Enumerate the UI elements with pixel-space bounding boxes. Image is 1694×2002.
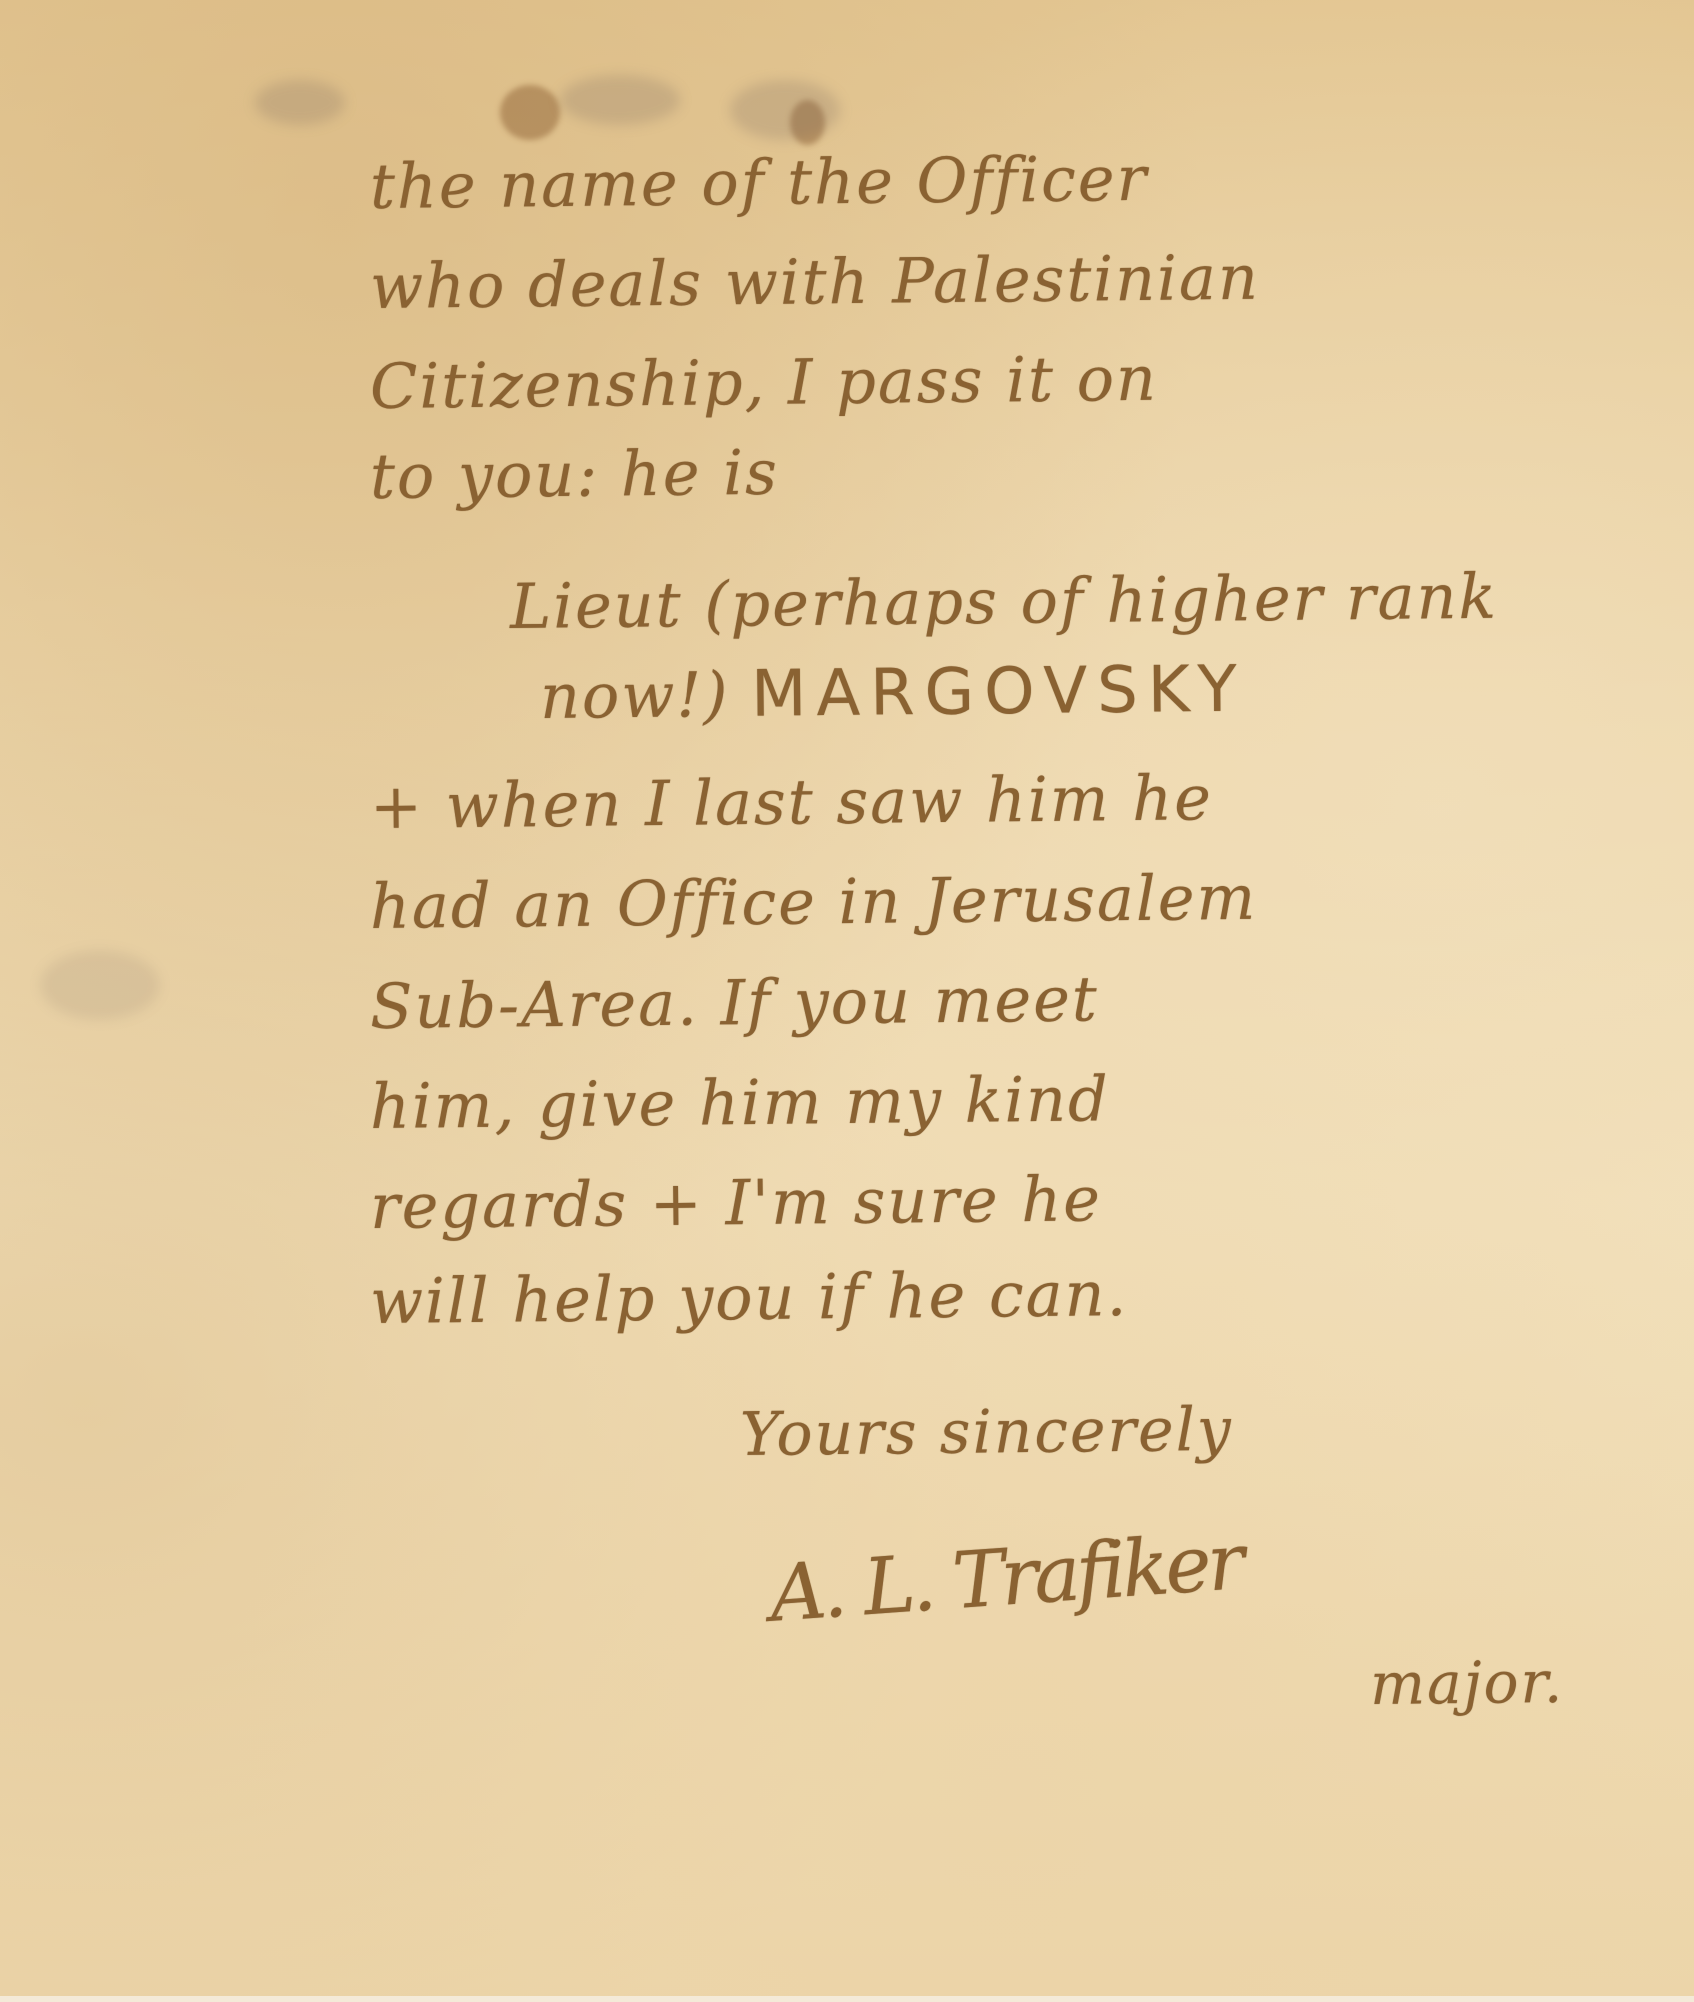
letter-line: Lieut (perhaps of higher rank xyxy=(510,560,1499,643)
letter-line: + when I last saw him he xyxy=(370,761,1214,843)
ink-smudge xyxy=(255,80,345,125)
letter-line: him, give him my kind xyxy=(370,1062,1110,1143)
paper-edge xyxy=(0,1996,1694,2002)
ink-blot xyxy=(500,85,560,140)
letter-closing: Yours sincerely xyxy=(740,1395,1233,1470)
letter-line: Citizenship, I pass it on xyxy=(370,342,1159,423)
ink-smudge xyxy=(730,80,840,140)
letter-line: to you: he is xyxy=(370,436,780,513)
signer-rank: major. xyxy=(1370,1648,1565,1718)
letter-line: regards + I'm sure he xyxy=(370,1162,1103,1243)
ink-smudge xyxy=(560,75,680,125)
letter-line: Sub-Area. If you meet xyxy=(370,962,1099,1043)
officer-name: MARGOVSKY xyxy=(751,653,1247,732)
letter-line: the name of the Officer xyxy=(370,142,1149,223)
letter-line: now!) MARGOVSKY xyxy=(540,653,1247,734)
letter-line: who deals with Palestinian xyxy=(370,241,1261,323)
letter-text: now!) xyxy=(540,658,752,733)
letter-line: had an Office in Jerusalem xyxy=(370,861,1258,943)
ink-smudge xyxy=(40,950,160,1020)
letter-line: will help you if he can. xyxy=(370,1257,1129,1338)
